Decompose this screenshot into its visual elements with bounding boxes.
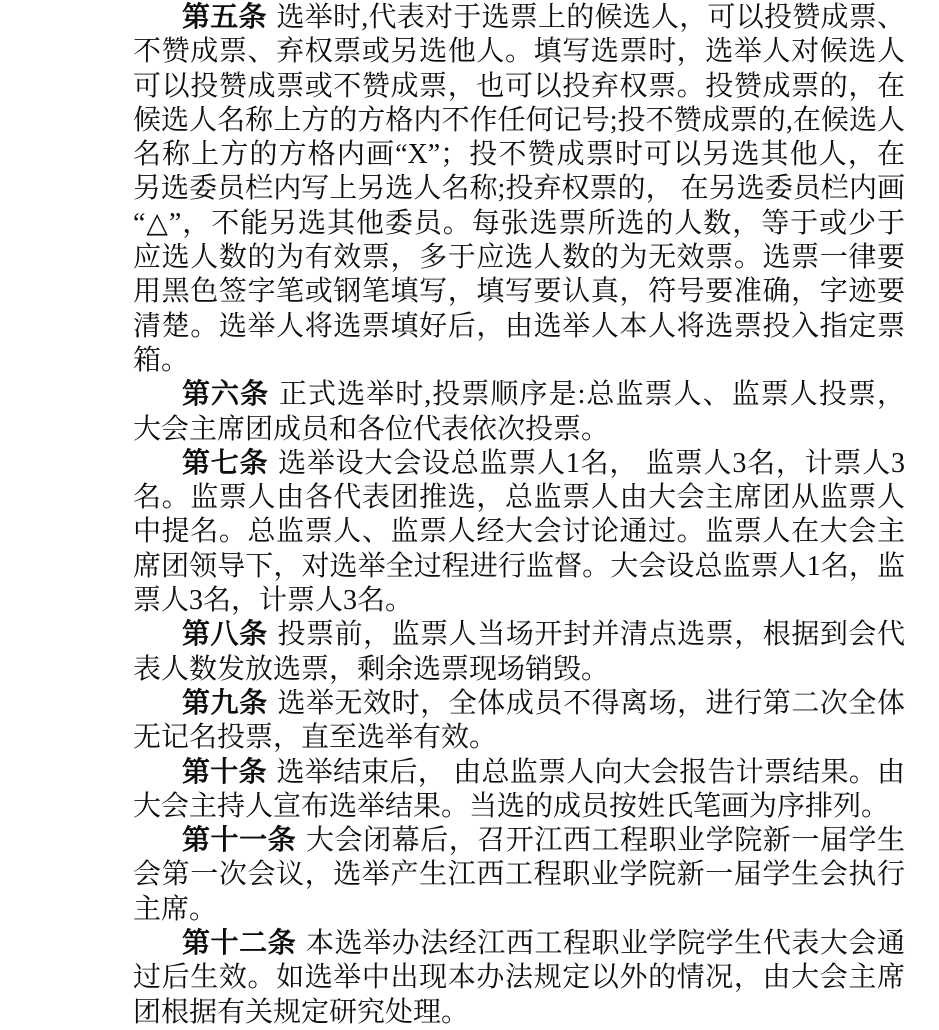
article-paragraph: 第十一条大会闭幕后，召开江西工程职业学院新一届学生会第一次会议，选举产生江西工程… (133, 824, 905, 927)
article-number-label: 第七条 (182, 448, 268, 479)
article-paragraph: 第七条选举设大会设总监票人1名， 监票人3名，计票人3名。监票人由各代表团推选，… (133, 447, 905, 618)
article-paragraph: 第五条选举时,代表对于选票上的候选人，可以投赞成票、不赞成票、弃权票或另选他人。… (133, 1, 905, 378)
article-number-label: 第五条 (182, 2, 267, 33)
article-paragraph: 第八条投票前，监票人当场开封并清点选票，根据到会代表人数发放选票，剩余选票现场销… (133, 618, 905, 687)
article-number-label: 第八条 (182, 619, 268, 650)
article-paragraph: 第十二条本选举办法经江西工程职业学院学生代表大会通过后生效。如选举中出现本办法规… (133, 927, 905, 1030)
article-paragraph: 第九条选举无效时，全体成员不得离场，进行第二次全体无记名投票，直至选举有效。 (133, 687, 905, 756)
article-number-label: 第十条 (182, 757, 267, 788)
article-number-label: 第六条 (182, 379, 269, 410)
article-paragraph: 第十条选举结束后， 由总监票人向大会报告计票结果。由大会主持人宣布选举结果。当选… (133, 756, 905, 825)
article-number-label: 第九条 (182, 688, 268, 719)
article-number-label: 第十一条 (182, 825, 296, 856)
article-number-label: 第十二条 (182, 928, 296, 959)
document-body: 第五条选举时,代表对于选票上的候选人，可以投赞成票、不赞成票、弃权票或另选他人。… (133, 1, 905, 1030)
article-text: 选举时,代表对于选票上的候选人，可以投赞成票、不赞成票、弃权票或另选他人。填写选… (133, 2, 905, 376)
article-paragraph: 第六条正式选举时,投票顺序是:总监票人、监票人投票，大会主席团成员和各位代表依次… (133, 378, 905, 447)
document-page: 第五条选举时,代表对于选票上的候选人，可以投赞成票、不赞成票、弃权票或另选他人。… (0, 0, 939, 1030)
